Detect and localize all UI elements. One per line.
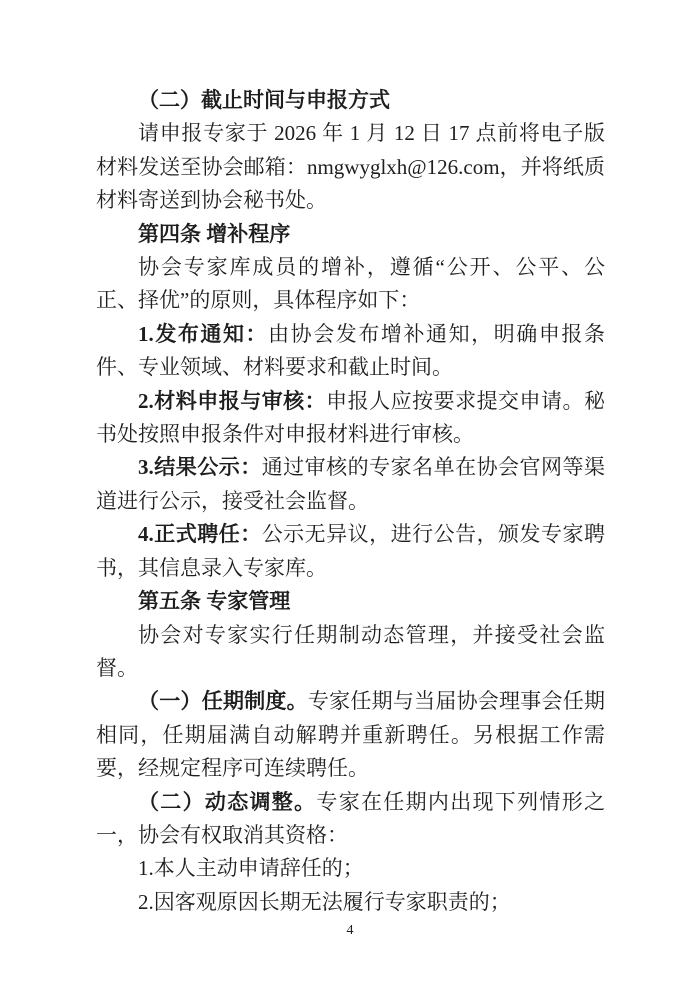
paragraph: 请申报专家于 2026 年 1 月 12 日 17 点前将电子版材料发送至协会邮… <box>96 117 605 217</box>
page-number: 4 <box>0 923 700 939</box>
paragraph: 1.发布通知：由协会发布增补通知，明确申报条件、专业领域、材料要求和截止时间。 <box>96 318 605 385</box>
paragraph: 1.本人主动申请辞任的； <box>96 852 605 885</box>
paragraph-lead: （一）任期制度。 <box>138 689 308 713</box>
paragraph: 协会对专家实行任期制动态管理，并接受社会监督。 <box>96 619 605 686</box>
paragraph: 3.结果公示：通过审核的专家名单在协会官网等渠道进行公示，接受社会监督。 <box>96 451 605 518</box>
paragraph: 2.因客观原因长期无法履行专家职责的； <box>96 886 605 919</box>
section-heading: 第五条 专家管理 <box>96 585 605 618</box>
document-page: （二）截止时间与申报方式请申报专家于 2026 年 1 月 12 日 17 点前… <box>0 0 700 990</box>
paragraph: 4.正式聘任：公示无异议，进行公告，颁发专家聘书，其信息录入专家库。 <box>96 518 605 585</box>
heading-text: 第五条 专家管理 <box>138 589 290 613</box>
paragraph-lead: 3.结果公示： <box>138 455 262 479</box>
paragraph: （一）任期制度。专家任期与当届协会理事会任期相同，任期届满自动解聘并重新聘任。另… <box>96 685 605 785</box>
heading-text: 第四条 增补程序 <box>138 222 290 246</box>
paragraph-lead: 2.材料申报与审核： <box>138 389 326 413</box>
section-heading: 第四条 增补程序 <box>96 218 605 251</box>
heading-text: （二）截止时间与申报方式 <box>138 88 390 112</box>
paragraph-lead: 1.发布通知： <box>138 322 268 346</box>
paragraph: （二）动态调整。专家在任期内出现下列情形之一，协会有权取消其资格： <box>96 786 605 853</box>
paragraph-lead: （二）动态调整。 <box>138 790 316 814</box>
document-body: （二）截止时间与申报方式请申报专家于 2026 年 1 月 12 日 17 点前… <box>96 84 605 919</box>
section-heading: （二）截止时间与申报方式 <box>96 84 605 117</box>
paragraph: 2.材料申报与审核：申报人应按要求提交申请。秘书处按照申报条件对申报材料进行审核… <box>96 385 605 452</box>
paragraph-lead: 4.正式聘任： <box>138 522 262 546</box>
paragraph: 协会专家库成员的增补，遵循“公开、公平、公正、择优”的原则，具体程序如下： <box>96 251 605 318</box>
